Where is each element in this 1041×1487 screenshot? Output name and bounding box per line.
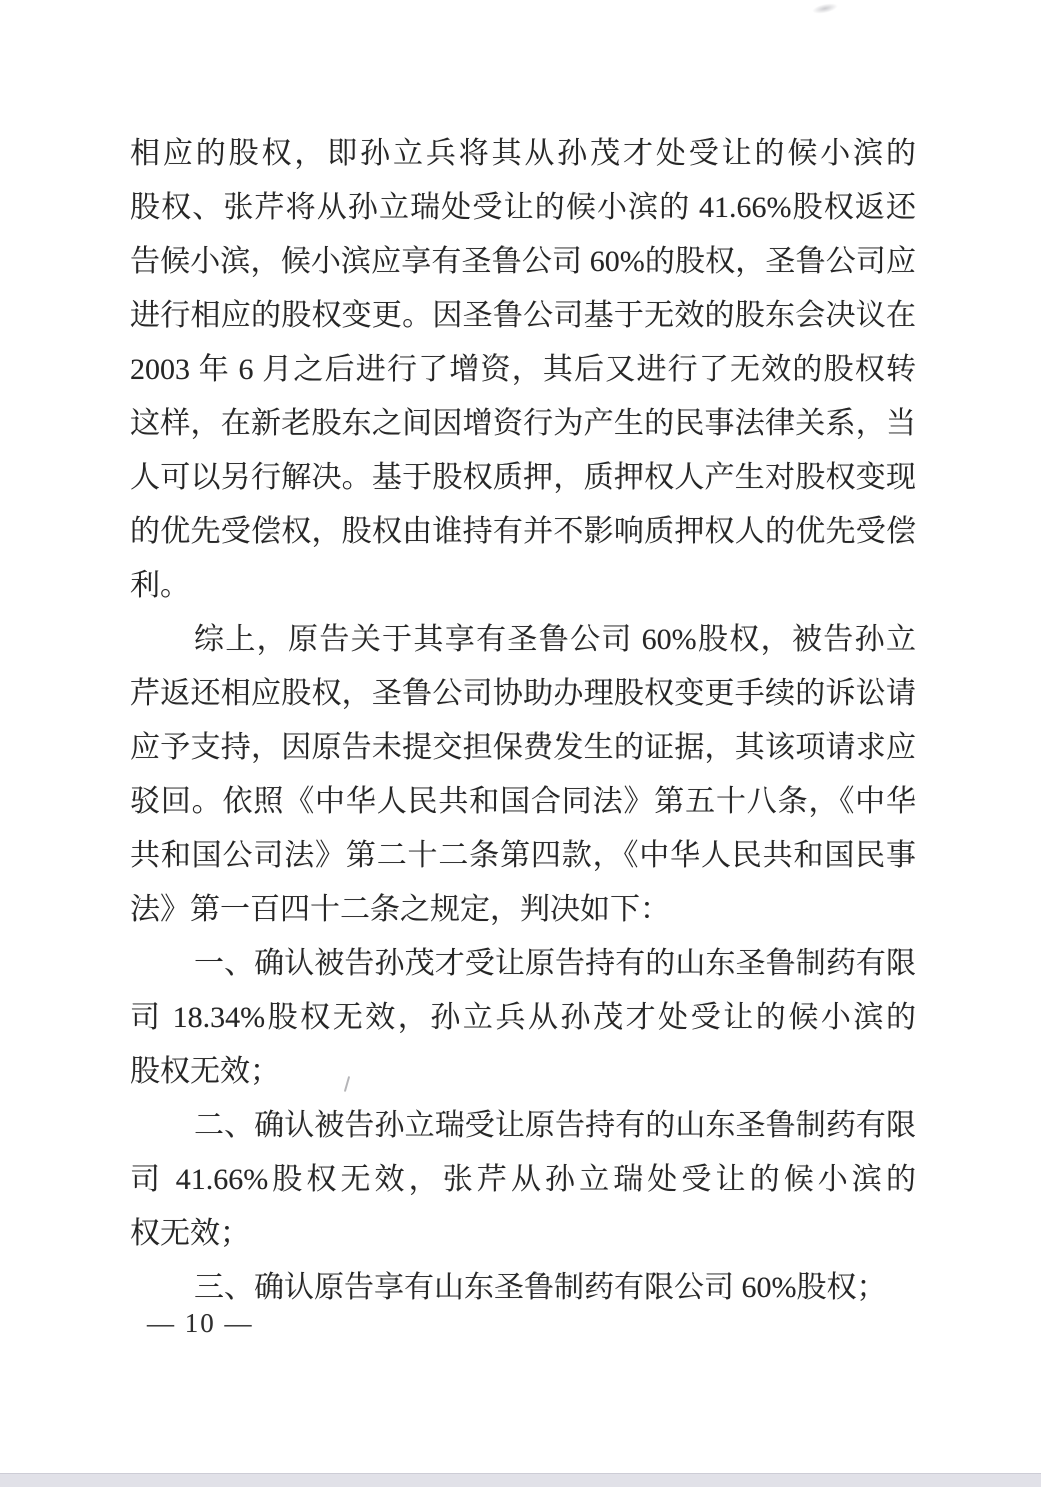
text-line: 共和国公司法》第二十二条第四款，《中华人民共和国民事诉讼 — [130, 829, 916, 883]
page-number: — 10 — — [147, 1308, 254, 1339]
scan-smudge-artifact — [811, 1, 838, 15]
text-line: 驳回。依照《中华人民共和国合同法》第五十八条，《中华人民 — [130, 775, 916, 829]
text-line: 司 41.66%股权无效，张芹从孙立瑞处受让的候小滨的 41.66%股 — [130, 1153, 916, 1207]
text-line: 2003 年 6 月之后进行了增资，其后又进行了无效的股权转让， — [130, 343, 916, 397]
text-line: 的优先受偿权，股权由谁持有并不影响质押权人的优先受偿权 — [130, 505, 916, 559]
text-line: 二、确认被告孙立瑞受让原告持有的山东圣鲁制药有限公 — [130, 1099, 916, 1153]
text-line: 应予支持，因原告未提交担保费发生的证据，其该项请求应予 — [130, 721, 916, 775]
bottom-bar — [0, 1473, 1041, 1487]
text-line: 综上，原告关于其享有圣鲁公司 60%股权，被告孙立兵、张 — [130, 613, 916, 667]
text-line: 司 18.34%股权无效，孙立兵从孙茂才处受让的候小滨的 18.34% — [130, 991, 916, 1045]
text-line: 法》第一百四十二条之规定，判决如下： — [130, 883, 916, 937]
text-line: 股权、张芹将从孙立瑞处受让的候小滨的 41.66%股权返还给原 — [130, 181, 916, 235]
scanned-document-page: 相应的股权，即孙立兵将其从孙茂才处受让的候小滨的 18.34%股权、张芹将从孙立… — [0, 0, 1041, 1487]
text-line: 利。 — [130, 559, 916, 613]
text-line: 人可以另行解决。基于股权质押，质押权人产生对股权变现款 — [130, 451, 916, 505]
text-line: 相应的股权，即孙立兵将其从孙茂才处受让的候小滨的 18.34% — [130, 127, 916, 181]
text-line: 芹返还相应股权，圣鲁公司协助办理股权变更手续的诉讼请求 — [130, 667, 916, 721]
text-line: 三、确认原告享有山东圣鲁制药有限公司 60%股权； — [130, 1261, 916, 1315]
document-text-body: 相应的股权，即孙立兵将其从孙茂才处受让的候小滨的 18.34%股权、张芹将从孙立… — [130, 127, 916, 1315]
text-line: 一、确认被告孙茂才受让原告持有的山东圣鲁制药有限公 — [130, 937, 916, 991]
text-line: 股权无效； — [130, 1045, 916, 1099]
text-line: 告候小滨，候小滨应享有圣鲁公司 60%的股权，圣鲁公司应协助 — [130, 235, 916, 289]
text-line: 这样，在新老股东之间因增资行为产生的民事法律关系，当事 — [130, 397, 916, 451]
text-line: 进行相应的股权变更。因圣鲁公司基于无效的股东会决议在 — [130, 289, 916, 343]
text-line: 权无效； — [130, 1207, 916, 1261]
